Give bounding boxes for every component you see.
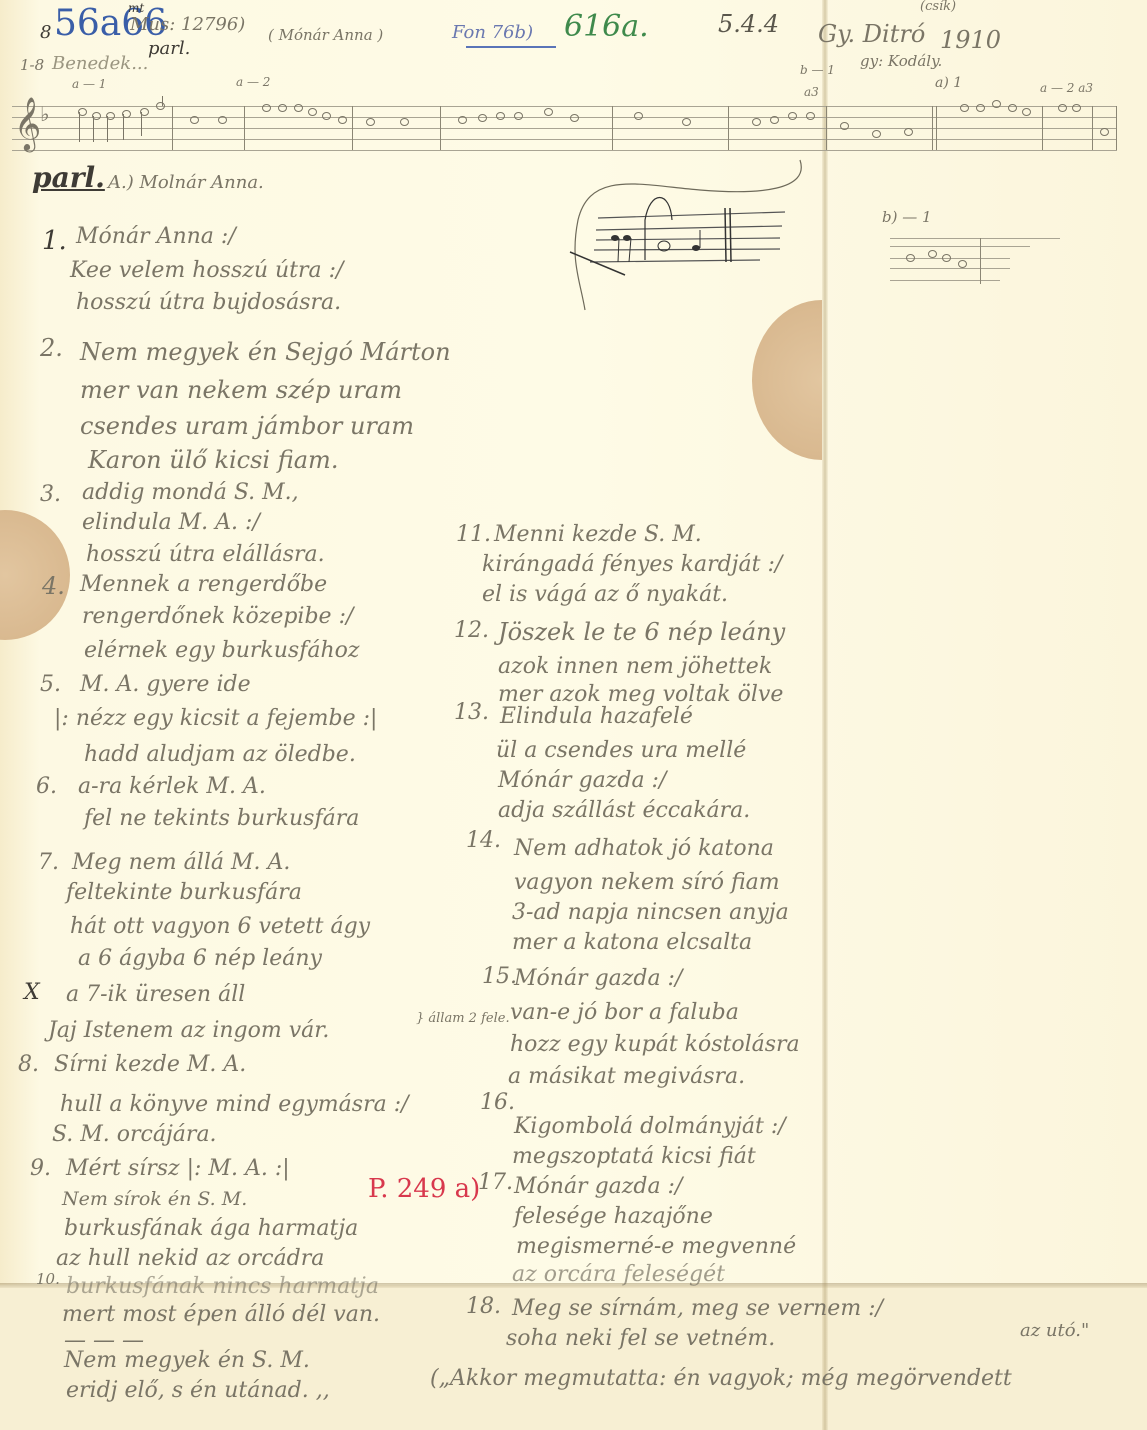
verse-line: fel ne tekints burkusfára — [84, 808, 359, 830]
verse-line: a másikat megivásra. — [508, 1066, 745, 1088]
side-note-bracket: } állam 2 fele. — [416, 1012, 510, 1025]
verse-9-number: 9. — [30, 1158, 51, 1180]
verse-6-number: 6. — [36, 776, 57, 798]
verse-line: Mónár Anna :/ — [76, 226, 236, 248]
verse-line: eridj elő, s én utánad. ,, — [66, 1380, 330, 1402]
place-note: (csík) — [920, 0, 956, 13]
verse-line: Menni kezde S. M. — [494, 524, 702, 546]
verse-line: Nem megyek én Sejgó Márton — [80, 340, 451, 364]
verse-line: vagyon nekem síró fiam — [514, 872, 780, 894]
verse-line: azok innen nem jöhettek — [498, 656, 772, 678]
verse-line: feltekinte burkusfára — [66, 882, 302, 904]
b-variant-label: b) — 1 — [882, 210, 932, 225]
verse-line: van-e jó bor a faluba — [510, 1002, 739, 1024]
verse-line: el is vágá az ő nyakát. — [482, 584, 728, 606]
verse-10-number: 10. — [36, 1272, 60, 1287]
verse-line: hosszú útra bujdosásra. — [76, 292, 341, 314]
verse-3-number: 3. — [40, 484, 61, 506]
performer-name: Benedek... — [52, 55, 148, 73]
verse-line: felesége hazajőne — [514, 1206, 713, 1228]
verse-line: Jöszek le te 6 nép leány — [498, 620, 785, 644]
verse-2-number: 2. — [40, 336, 63, 360]
verse-line: adja szállást éccakára. — [498, 800, 750, 822]
verse-line: mer a katona elcsalta — [512, 932, 752, 954]
verse-line: burkusfának nincs harmatja — [66, 1276, 379, 1298]
verse-line: Nem adhatok jó katona — [514, 838, 774, 860]
verse-1-number: 1. — [42, 228, 67, 254]
treble-clef-icon: 𝄞 — [14, 100, 41, 146]
verse-16-number: 16. — [480, 1092, 515, 1114]
verse-line: elindula M. A. :/ — [82, 512, 260, 534]
index-code: 5.4.4 — [718, 12, 779, 36]
verse-4-number: 4. — [42, 574, 65, 598]
verse-line: ül a csendes ura mellé — [496, 740, 746, 762]
verse-14-number: 14. — [466, 830, 501, 852]
verse-line: soha neki fel se vetném. — [506, 1328, 775, 1350]
verse-line: hát ott vagyon 6 vetett ágy — [70, 916, 370, 938]
verse-line: a-ra kérlek M. A. — [78, 776, 266, 798]
verse-line: csendes uram jámbor uram — [80, 414, 414, 438]
variant-mark-3: b — 1 — [800, 64, 835, 76]
verse-line: Meg nem állá M. A. — [72, 852, 290, 874]
red-reference: P. 249 a) — [368, 1176, 480, 1202]
verse-11-number: 11. — [456, 524, 491, 546]
verse-line: |: nézz egy kicsit a fejembe :| — [54, 708, 377, 730]
former-reference: Fon 76b) — [452, 24, 533, 42]
verse-line: mer van nekem szép uram — [80, 378, 402, 402]
flat-sign-icon: ♭ — [40, 104, 49, 124]
verse-line: a 6 ágyba 6 nép leány — [78, 948, 322, 970]
place: Gy. Ditró — [818, 22, 925, 46]
verse-line: Mennek a rengerdőbe — [80, 574, 327, 596]
verse-line: megszoptatá kicsi fiát — [512, 1146, 756, 1168]
verse-line: Elindula hazafelé — [500, 706, 693, 728]
verse-line: az hull nekid az orcádra — [56, 1248, 324, 1270]
verse-line: M. A. gyere ide — [80, 674, 251, 696]
side-annotation: az utó." — [1020, 1322, 1089, 1340]
variant-mark-5: a) 1 — [935, 76, 962, 90]
title-parenthetical: ( Mónár Anna ) — [268, 28, 383, 43]
verse-line: kirángadá fényes kardját :/ — [482, 554, 782, 576]
verse-8-number: 8. — [18, 1054, 39, 1076]
verse-line: a 7-ik üresen áll — [66, 984, 245, 1006]
verse-5-number: 5. — [40, 674, 61, 696]
verse-line: elérnek egy burkusfához — [84, 640, 359, 662]
verse-7-number: 7. — [38, 852, 59, 874]
verse-line: Meg se sírnám, meg se vernem :/ — [512, 1298, 883, 1320]
verse-line: 3-ad napja nincsen anyja — [512, 902, 789, 924]
verse-line: Nem sírok én S. M. — [62, 1190, 247, 1209]
variant-mark-4: a3 — [804, 86, 819, 98]
section-title: A.) Molnár Anna. — [108, 174, 264, 192]
verse-line: S. M. orcájára. — [52, 1124, 217, 1146]
verse-line: Mónár gazda :/ — [514, 1176, 682, 1198]
verse-15-number: 15. — [482, 966, 517, 988]
verse-line: mer azok meg voltak ölve — [498, 684, 783, 706]
verse-17-number: 17. — [478, 1172, 513, 1194]
verse-line: Mónár gazda :/ — [514, 968, 682, 990]
superscript-mark: mt — [128, 2, 144, 14]
verse-line: megismerné-e megvenné — [516, 1236, 796, 1258]
fraction-below: 1-8 — [20, 58, 44, 73]
footer-note: („Akkor megmutatta: én vagyok; még megör… — [430, 1368, 1012, 1390]
verse-line: Mónár gazda :/ — [498, 770, 666, 792]
collector: gy: Kodály. — [860, 54, 942, 69]
verse-line: Nem megyek én S. M. — [64, 1350, 310, 1372]
verse-line: Mért sírsz |: M. A. :| — [66, 1158, 290, 1180]
crossed-out-mark: X — [24, 982, 40, 1004]
verse-line: Kigombolá dolmányját :/ — [514, 1116, 786, 1138]
verse-12-number: 12. — [454, 620, 489, 642]
verse-line: mert most épen álló dél van. — [62, 1304, 380, 1326]
mus-reference: Mus: 12796) — [130, 16, 245, 34]
variant-mark-1: a — 1 — [72, 78, 106, 90]
verse-line: hull a könyve mind egymásra :/ — [60, 1094, 409, 1116]
verse-line: Jaj Istenem az ingom vár. — [48, 1020, 329, 1042]
verse-line: hozz egy kupát kóstolásra — [510, 1034, 800, 1056]
insert-curve-icon — [560, 150, 830, 320]
green-number: 616a. — [564, 12, 649, 42]
small-prefix: 8 — [40, 24, 51, 42]
variant-mark-2: a — 2 — [236, 76, 270, 88]
verse-line: Karon ülő kicsi fiam. — [88, 448, 338, 472]
verse-line: hadd aludjam az öledbe. — [84, 744, 356, 766]
verse-line: az orcára feleségét — [512, 1264, 725, 1286]
verse-line: rengerdőnek közepibe :/ — [82, 606, 353, 628]
verse-line: addig mondá S. M., — [82, 482, 299, 504]
part-mark: parl. — [148, 40, 190, 58]
variant-mark-6: a — 2 a3 — [1040, 82, 1093, 94]
blue-underline — [466, 46, 556, 48]
section-part-mark: parl. — [32, 164, 105, 192]
verse-line: Sírni kezde M. A. — [54, 1054, 246, 1076]
verse-line: Kee velem hosszú útra :/ — [70, 260, 343, 282]
verse-13-number: 13. — [454, 702, 489, 724]
verse-line: burkusfának ága harmatja — [64, 1218, 358, 1240]
year: 1910 — [940, 28, 1001, 52]
verse-line: hosszú útra elállásra. — [86, 544, 325, 566]
verse-18-number: 18. — [466, 1296, 501, 1318]
